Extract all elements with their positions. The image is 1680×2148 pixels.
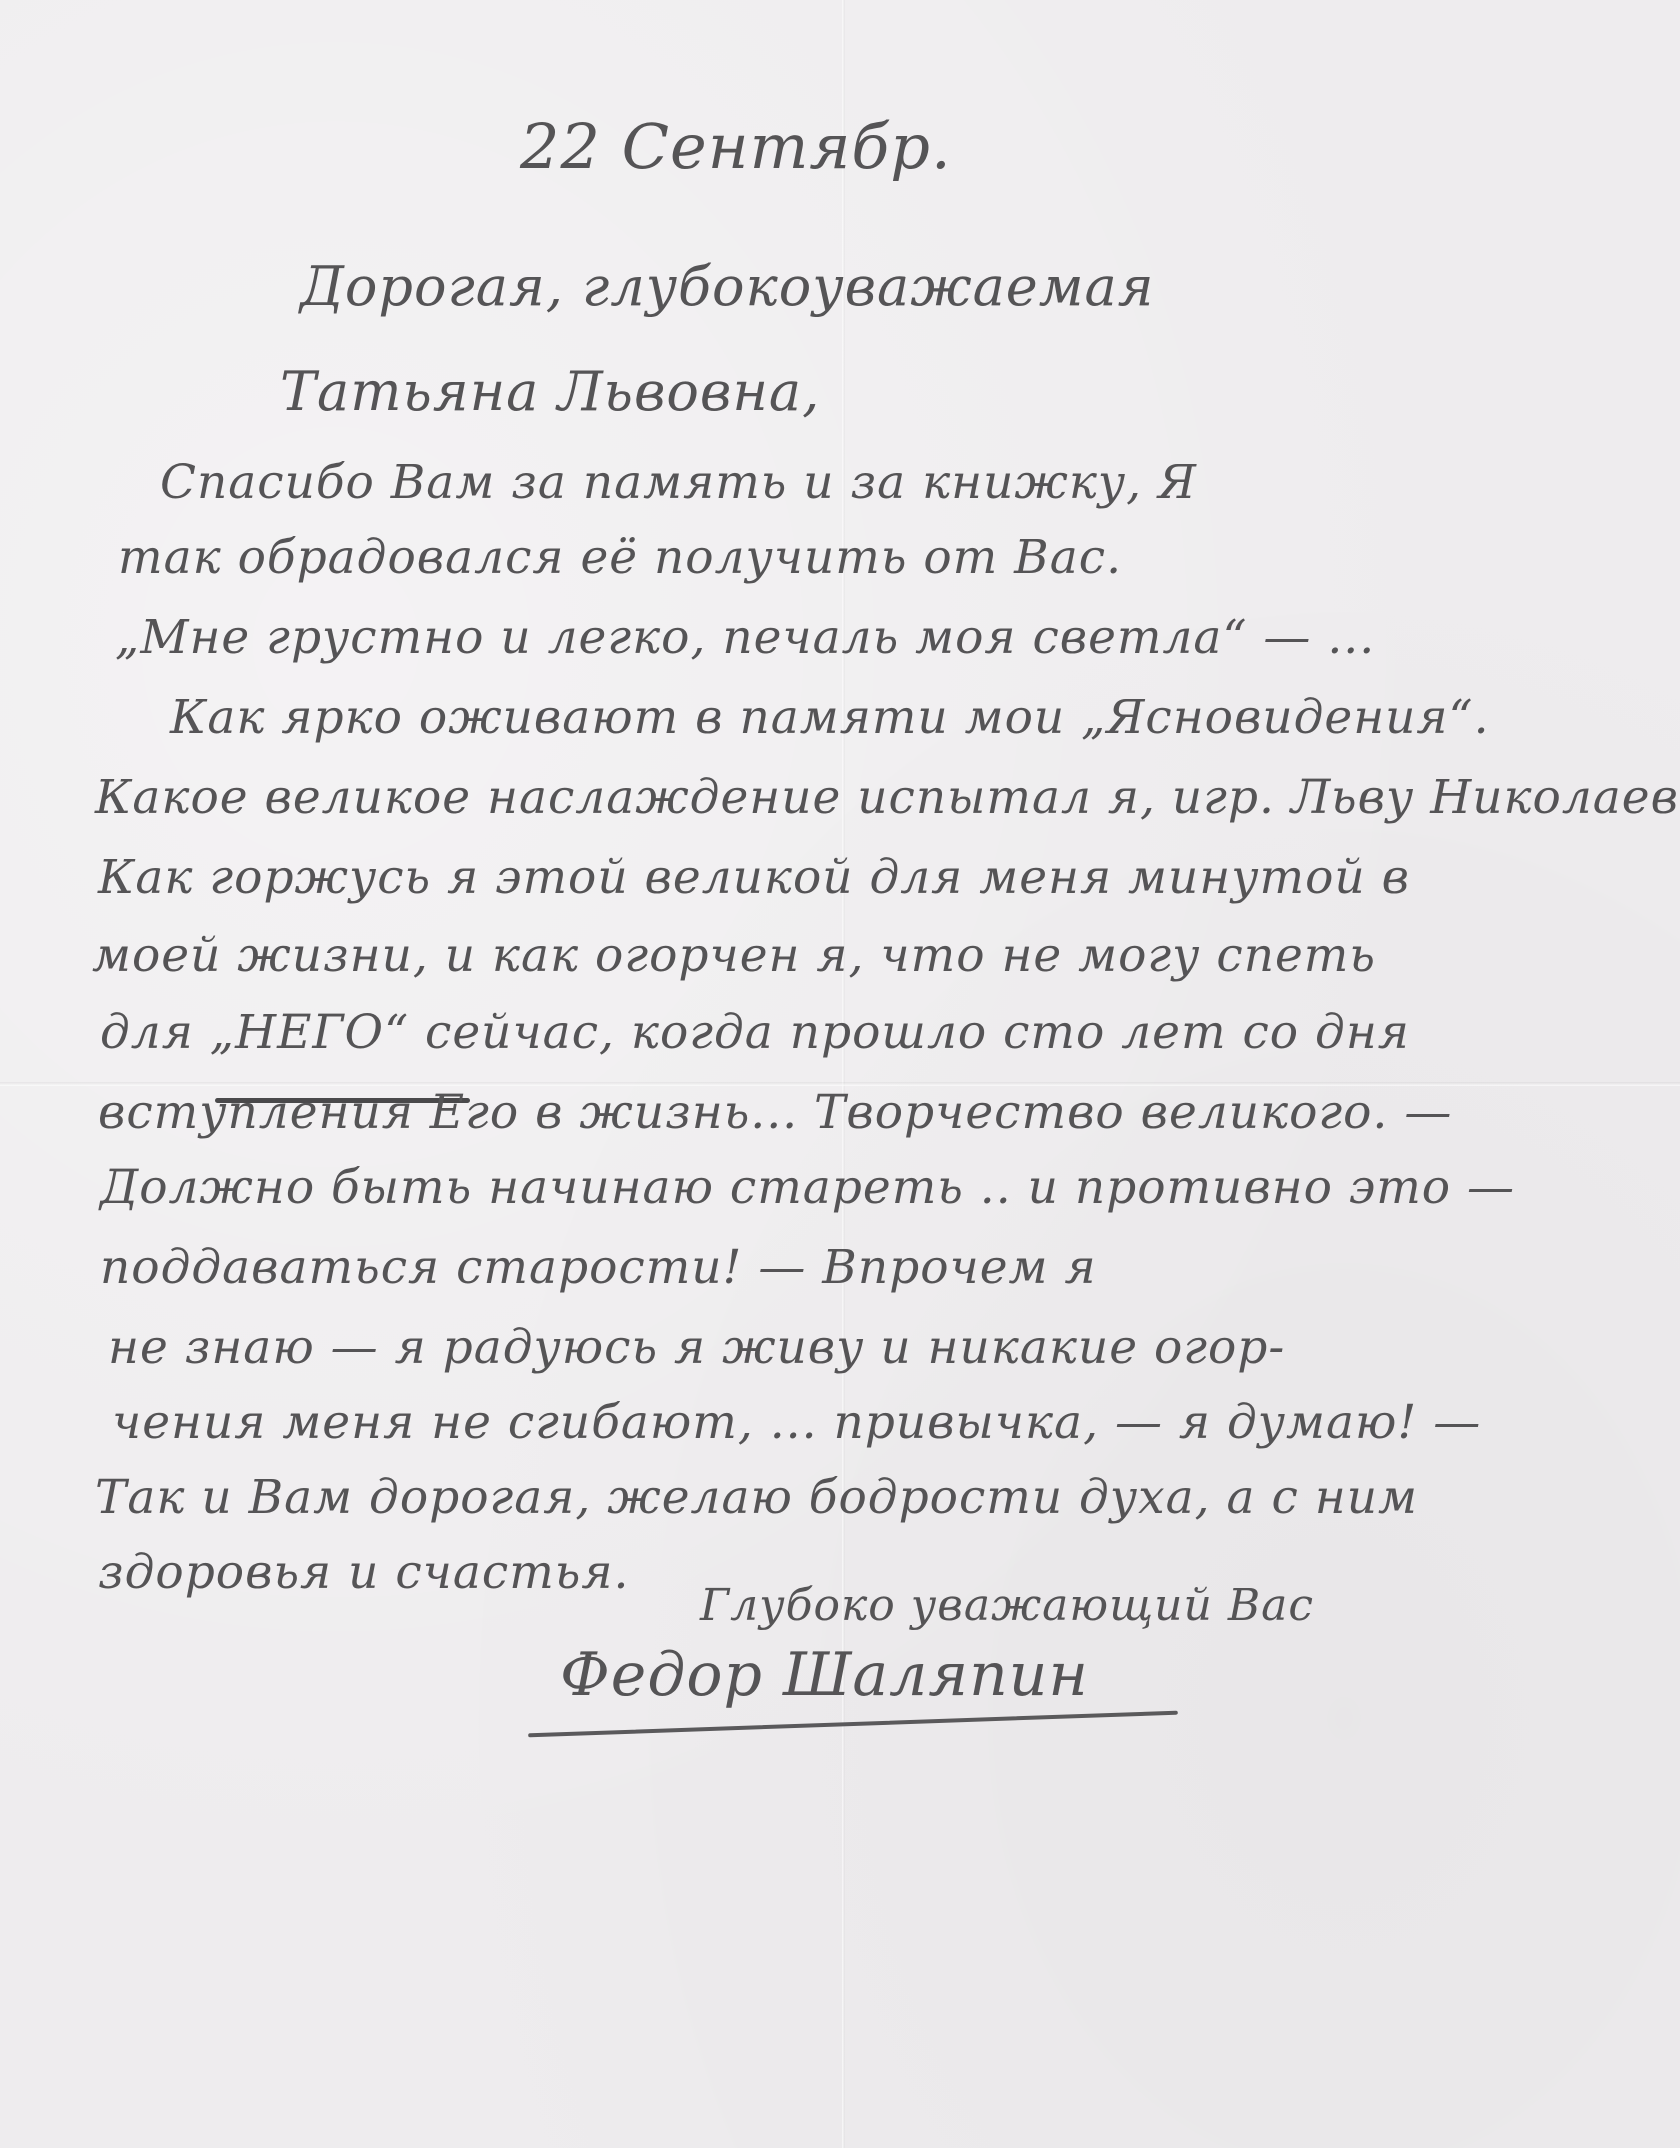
body-line-10: Должно быть начинаю стареть .. и противн… (100, 1160, 1515, 1215)
body-line-4: Как ярко оживают в памяти мои „Ясновиден… (170, 690, 1490, 745)
body-line-13: чения меня не сгибают, ... привычка, — я… (112, 1395, 1481, 1450)
body-line-12: не знаю — я радуюсь я живу и никакие ого… (108, 1320, 1285, 1375)
body-line-14: Так и Вам дорогая, желаю бодрости духа, … (95, 1470, 1418, 1525)
body-line-8-emphasis: для „НЕГО“ сейчас, когда прошло сто лет … (100, 1005, 1410, 1060)
body-line-2: так обрадовался её получить от Вас. (118, 530, 1122, 585)
body-line-15: здоровья и счастья. (98, 1545, 629, 1600)
letter-date: 22 Сентябр. (520, 110, 952, 183)
body-line-11: поддаваться старости! — Впрочем я (100, 1240, 1097, 1295)
body-line-6: Как горжусь я этой великой для меня мину… (98, 850, 1410, 905)
letter-paper (0, 0, 1680, 2148)
body-line-3-quotation: „Мне грустно и легко, печаль моя светла“… (115, 610, 1375, 665)
vertical-fold-crease (842, 0, 845, 2148)
salutation-line-1: Дорогая, глубокоуважаемая (300, 255, 1155, 318)
body-line-5: Какое великое наслаждение испытал я, игр… (95, 770, 1680, 825)
salutation-line-2: Татьяна Львовна, (280, 360, 820, 423)
signature: Федор Шаляпин (560, 1640, 1089, 1710)
body-line-7: моей жизни, и как огорчен я, что не могу… (92, 928, 1376, 983)
body-line-1: Спасибо Вам за память и за книжку, Я (160, 455, 1197, 510)
letter-closing: Глубоко уважающий Вас (700, 1580, 1314, 1631)
body-line-9: вступления Его в жизнь... Творчество вел… (98, 1085, 1452, 1140)
